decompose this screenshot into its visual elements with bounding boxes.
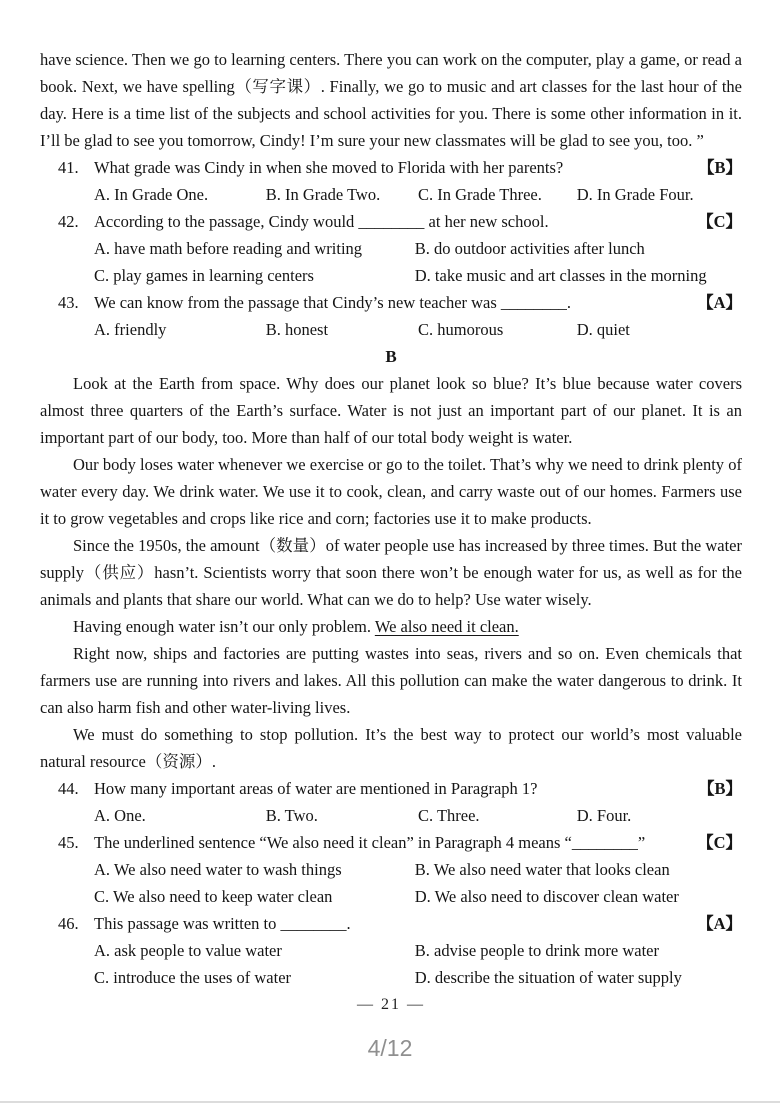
question-44-answer-key: 【B】: [698, 775, 742, 802]
question-46-text: This passage was written to ________.: [94, 910, 689, 937]
question-45-number: 45.: [58, 829, 94, 856]
paragraph-4-underlined-sentence: We also need it clean.: [375, 617, 519, 636]
question-41-option-d: D. In Grade Four.: [577, 181, 742, 208]
question-46-options: A. ask people to value water B. advise p…: [58, 937, 742, 991]
question-44-option-c: C. Three.: [418, 802, 577, 829]
question-44-option-d: D. Four.: [577, 802, 742, 829]
question-42-text: According to the passage, Cindy would __…: [94, 208, 689, 235]
question-44-option-a: A. One.: [94, 802, 266, 829]
question-41-option-b: B. In Grade Two.: [266, 181, 418, 208]
question-42-option-c: C. play games in learning centers: [94, 262, 415, 289]
passage-b-paragraph-1: Look at the Earth from space. Why does o…: [40, 370, 742, 451]
question-42-option-b: B. do outdoor activities after lunch: [415, 235, 742, 262]
question-43-answer-key: 【A】: [697, 289, 742, 316]
question-45-option-b: B. We also need water that looks clean: [415, 856, 742, 883]
question-46-option-b: B. advise people to drink more water: [415, 937, 742, 964]
question-43-number: 43.: [58, 289, 94, 316]
question-43-option-b: B. honest: [266, 316, 418, 343]
paragraph-4-lead-text: Having enough water isn’t our only probl…: [73, 617, 375, 636]
question-43-options: A. friendly B. honest C. humorous D. qui…: [58, 316, 742, 343]
question-46-option-d: D. describe the situation of water suppl…: [415, 964, 742, 991]
question-41: 41. What grade was Cindy in when she mov…: [58, 154, 742, 208]
question-45-text: The underlined sentence “We also need it…: [94, 829, 689, 856]
question-46-option-a: A. ask people to value water: [94, 937, 415, 964]
question-46-option-c: C. introduce the uses of water: [94, 964, 415, 991]
question-43-option-a: A. friendly: [94, 316, 266, 343]
document-viewer-page: have science. Then we go to learning cen…: [0, 0, 780, 1103]
question-42-answer-key: 【C】: [697, 208, 742, 235]
passage-b-paragraph-2: Our body loses water whenever we exercis…: [40, 451, 742, 532]
passage-b-paragraph-3: Since the 1950s, the amount（数量）of water …: [40, 532, 742, 613]
question-41-option-c: C. In Grade Three.: [418, 181, 577, 208]
question-45-options: A. We also need water to wash things B. …: [58, 856, 742, 910]
question-45-answer-key: 【C】: [697, 829, 742, 856]
question-44-number: 44.: [58, 775, 94, 802]
question-45: 45. The underlined sentence “We also nee…: [58, 829, 742, 910]
question-41-options: A. In Grade One. B. In Grade Two. C. In …: [58, 181, 742, 208]
scanned-exam-page: have science. Then we go to learning cen…: [0, 0, 780, 1018]
question-44-options: A. One. B. Two. C. Three. D. Four.: [58, 802, 742, 829]
section-b-header: B: [40, 343, 742, 370]
question-45-option-d: D. We also need to discover clean water: [415, 883, 742, 910]
passage-b-paragraph-4: Having enough water isn’t our only probl…: [40, 613, 742, 640]
question-42-option-a: A. have math before reading and writing: [94, 235, 415, 262]
scan-page-number: — 21 —: [40, 991, 742, 1018]
question-44: 44. How many important areas of water ar…: [58, 775, 742, 829]
question-43-option-c: C. humorous: [418, 316, 577, 343]
question-45-option-c: C. We also need to keep water clean: [94, 883, 415, 910]
question-44-option-b: B. Two.: [266, 802, 418, 829]
passage-b-paragraph-6: We must do something to stop pollution. …: [40, 721, 742, 775]
question-45-option-a: A. We also need water to wash things: [94, 856, 415, 883]
passage-b-paragraph-5: Right now, ships and factories are putti…: [40, 640, 742, 721]
question-41-text: What grade was Cindy in when she moved t…: [94, 154, 690, 181]
passage-a-tail-paragraph: have science. Then we go to learning cen…: [40, 46, 742, 154]
question-44-text: How many important areas of water are me…: [94, 775, 690, 802]
question-42-option-d: D. take music and art classes in the mor…: [415, 262, 742, 289]
question-43-option-d: D. quiet: [577, 316, 742, 343]
question-46: 46. This passage was written to ________…: [58, 910, 742, 991]
question-46-answer-key: 【A】: [697, 910, 742, 937]
question-41-option-a: A. In Grade One.: [94, 181, 266, 208]
question-42-number: 42.: [58, 208, 94, 235]
question-42-options: A. have math before reading and writing …: [58, 235, 742, 289]
question-42: 42. According to the passage, Cindy woul…: [58, 208, 742, 289]
question-46-number: 46.: [58, 910, 94, 937]
question-43-text: We can know from the passage that Cindy’…: [94, 289, 689, 316]
question-41-answer-key: 【B】: [698, 154, 742, 181]
viewer-page-indicator: 4/12: [0, 1035, 780, 1062]
question-41-number: 41.: [58, 154, 94, 181]
question-43: 43. We can know from the passage that Ci…: [58, 289, 742, 343]
